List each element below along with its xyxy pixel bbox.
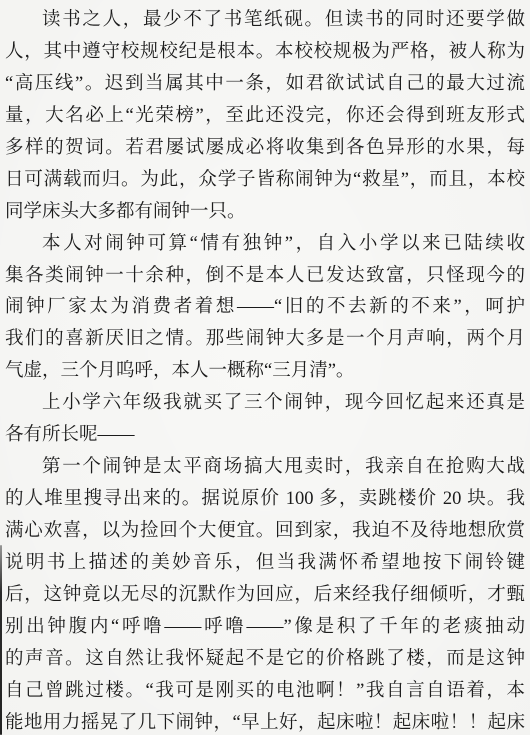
text-line: 量，大名必上“光荣榜”，至此还没完，你还会得到班友形式: [5, 101, 525, 133]
text-line: 的人堆里搜寻出来的。据说原价 100 多，卖跳楼价 20 块。我: [5, 484, 525, 516]
scan-edge-artifact: [0, 545, 2, 735]
text-line: 各有所长呢——: [5, 420, 525, 452]
text-line: 闹钟厂家太为消费者着想——“旧的不去新的不来”，呵护: [5, 292, 525, 324]
text-line: “高压线”。迟到当属其中一条，如君欲试试自己的最大过流: [5, 69, 525, 101]
text-line: 同学床头大多都有闹钟一只。: [5, 197, 525, 229]
text-line: 别出钟腹内“呼噜——呼噜——”像是积了千年的老痰抽动: [5, 612, 525, 644]
text-line: 多样的贺词。若君屡试屡成必将收集到各色异形的水果，每: [5, 133, 525, 165]
scanned-page: 读书之人，最少不了书笔纸砚。但读书的同时还要学做 人，其中遵守校规校纪是根本。本…: [0, 0, 530, 735]
text-line: 日可满载而归。为此，众学子皆称闹钟为“救星”，而且，本校: [5, 165, 525, 197]
text-line: 的声音。这自然让我怀疑起不是它的价格跳了楼，而是这钟: [5, 644, 525, 676]
text-line: 人，其中遵守校规校纪是根本。本校校规极为严格，被人称为: [5, 37, 525, 69]
text-line: 说明书上描述的美妙音乐，但当我满怀希望地按下闹铃键: [5, 548, 525, 580]
text-line: 自己曾跳过楼。“我可是刚买的电池啊！”我自言自语着，本: [5, 676, 525, 708]
text-line: 能地用力摇晃了几下闹钟，“早上好，起床啦！起床啦！！起床: [5, 708, 525, 735]
text-line: 我们的喜新厌旧之情。那些闹钟大多是一个月声响，两个月: [5, 324, 525, 356]
text-line: 满心欢喜，以为捡回个大便宜。回到家，我迫不及待地想欣赏: [5, 516, 525, 548]
text-line: 后，这钟竟以无尽的沉默作为回应，后来经我仔细倾听，才甄: [5, 580, 525, 612]
text-line: 读书之人，最少不了书笔纸砚。但读书的同时还要学做: [5, 5, 525, 37]
article-text: 读书之人，最少不了书笔纸砚。但读书的同时还要学做 人，其中遵守校规校纪是根本。本…: [5, 5, 525, 735]
text-line: 第一个闹钟是太平商场搞大甩卖时，我亲自在抢购大战: [5, 452, 525, 484]
text-line: 上小学六年级我就买了三个闹钟，现今回忆起来还真是: [5, 388, 525, 420]
text-line: 本人对闹钟可算“情有独钟”，自入小学以来已陆续收: [5, 229, 525, 261]
text-line: 气虚，三个月呜呼，本人一概称“三月清”。: [5, 356, 525, 388]
text-line: 集各类闹钟一十余种，倒不是本人已发达致富，只怪现今的: [5, 261, 525, 293]
